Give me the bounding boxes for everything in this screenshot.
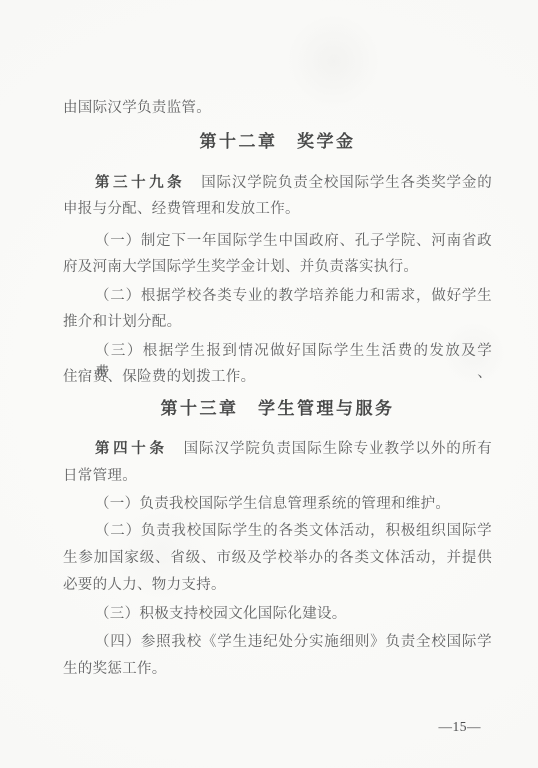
item-2-line: （二）根据学校各类专业的教学培养能力和需求，做好学生 <box>63 285 492 307</box>
article-40-line: 第四十条国际汉学院负责国际生除专业教学以外的所有 <box>63 438 492 460</box>
item-1-line: （一）制定下一年国际学生中国政府、孔子学院、河南省政 <box>63 230 492 252</box>
scanned-document-page: 由国际汉学负责监管。 第十二章 奖学金 第三十九条国际汉学院负责全校国际学生各类… <box>0 0 538 768</box>
article-40-text: 国际汉学院负责国际生除专业教学以外的所有 <box>184 441 492 457</box>
document-line: 推介和计划分配。 <box>63 311 492 333</box>
document-line: 日常管理。 <box>63 465 492 487</box>
article-39-text: 国际汉学院负责全校国际学生各类奖学金的 <box>201 175 492 191</box>
item-1-line: （一）负责我校国际学生信息管理系统的管理和维护。 <box>63 493 492 515</box>
document-line: 申报与分配、经费管理和发放工作。 <box>63 198 492 220</box>
article-39-number: 第三十九条 <box>95 175 185 191</box>
chapter-heading-13: 第十三章 学生管理与服务 <box>63 398 492 420</box>
item-2-line: （二）负责我校国际学生的各类文体活动，积极组织国际学 <box>63 520 492 542</box>
document-line: 必要的人力、物力支持。 <box>63 574 492 596</box>
chapter-heading-12: 第十二章 奖学金 <box>63 131 492 153</box>
article-40-number: 第四十条 <box>95 441 168 457</box>
document-line: 由国际汉学负责监管。 <box>63 97 492 119</box>
item-4-line: （四）参照我校《学生违纪处分实施细则》负责全校国际学 <box>63 631 492 653</box>
document-line: 府及河南大学国际学生奖学金计划、并负责落实执行。 <box>63 256 492 278</box>
item-3-line: （三）根据学生报到情况做好国际学生生活费的发放及学费、 <box>63 340 492 362</box>
document-line: 生的奖惩工作。 <box>63 658 492 680</box>
item-3-line: （三）积极支持校园文化国际化建设。 <box>63 603 492 625</box>
document-line: 生参加国家级、省级、市级及学校举办的各类文体活动，并提供 <box>63 547 492 569</box>
page-number: —15— <box>439 719 482 735</box>
article-39-line: 第三十九条国际汉学院负责全校国际学生各类奖学金的 <box>63 172 492 194</box>
document-line: 住宿费、保险费的划拨工作。 <box>63 366 492 388</box>
